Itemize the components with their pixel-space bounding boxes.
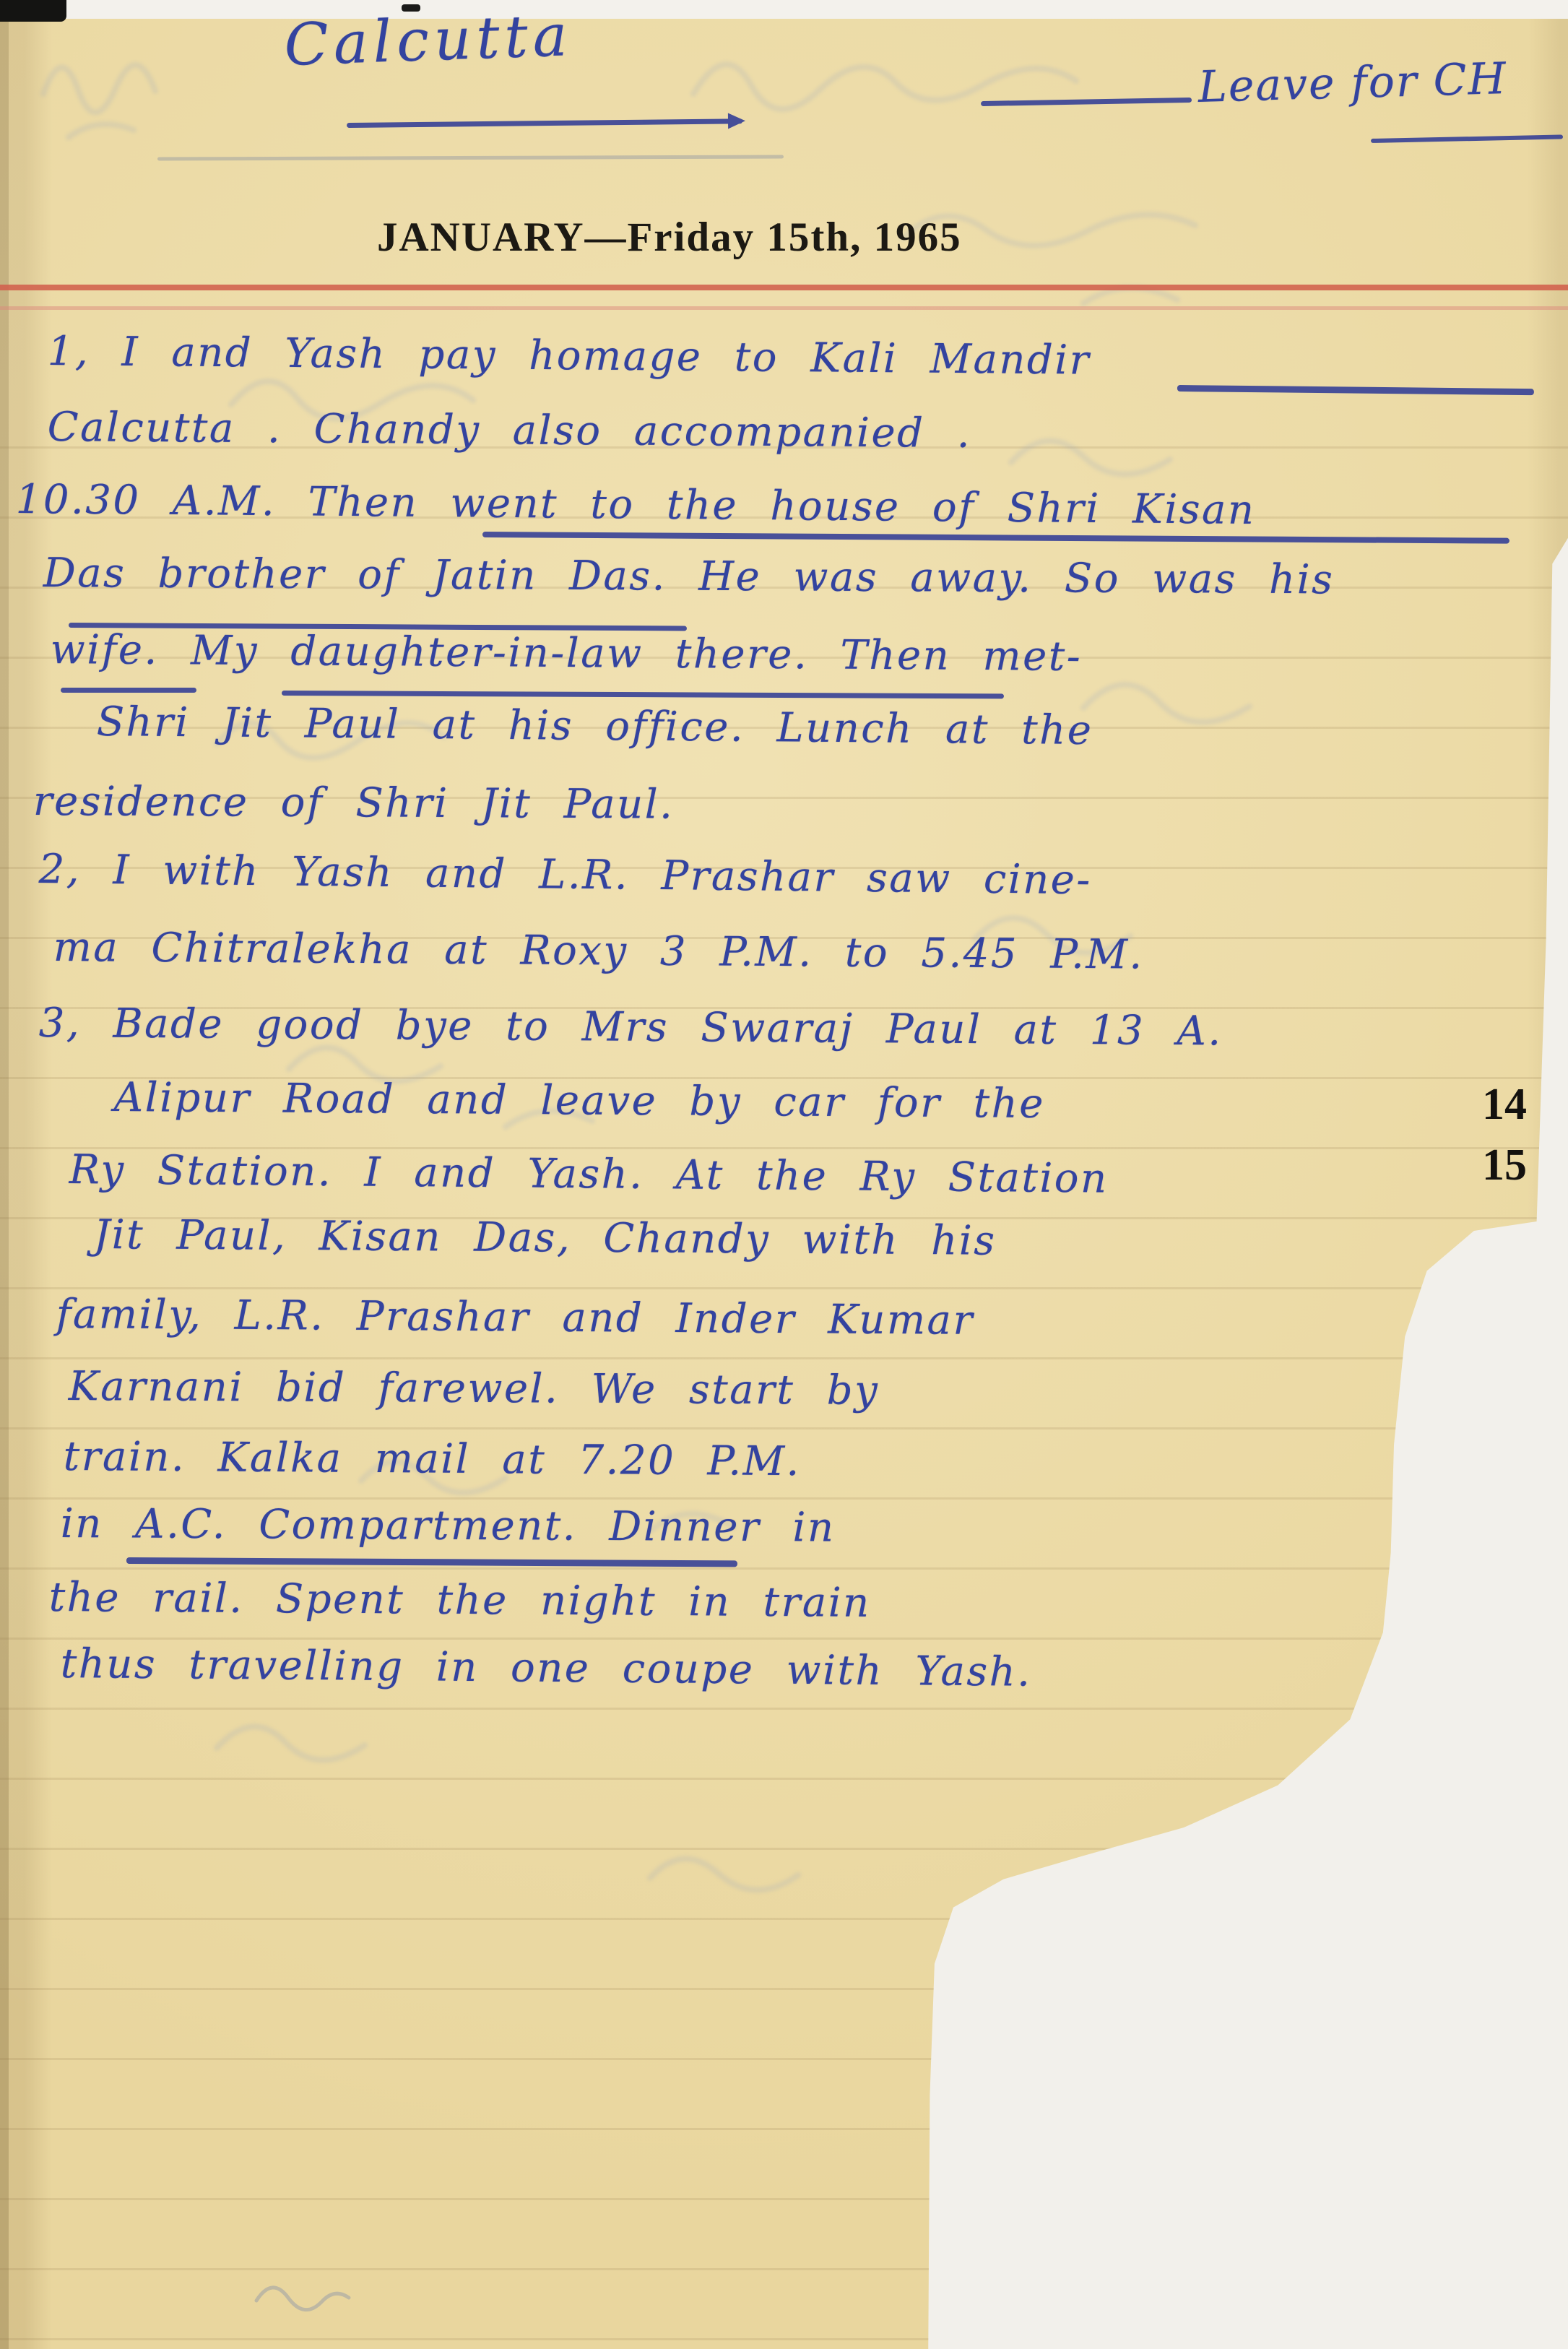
scanned-diary-page: Calcutta Leave for CH JANUARY—Friday 15t… (0, 0, 1568, 2349)
pencil-scribble (0, 0, 1568, 2349)
